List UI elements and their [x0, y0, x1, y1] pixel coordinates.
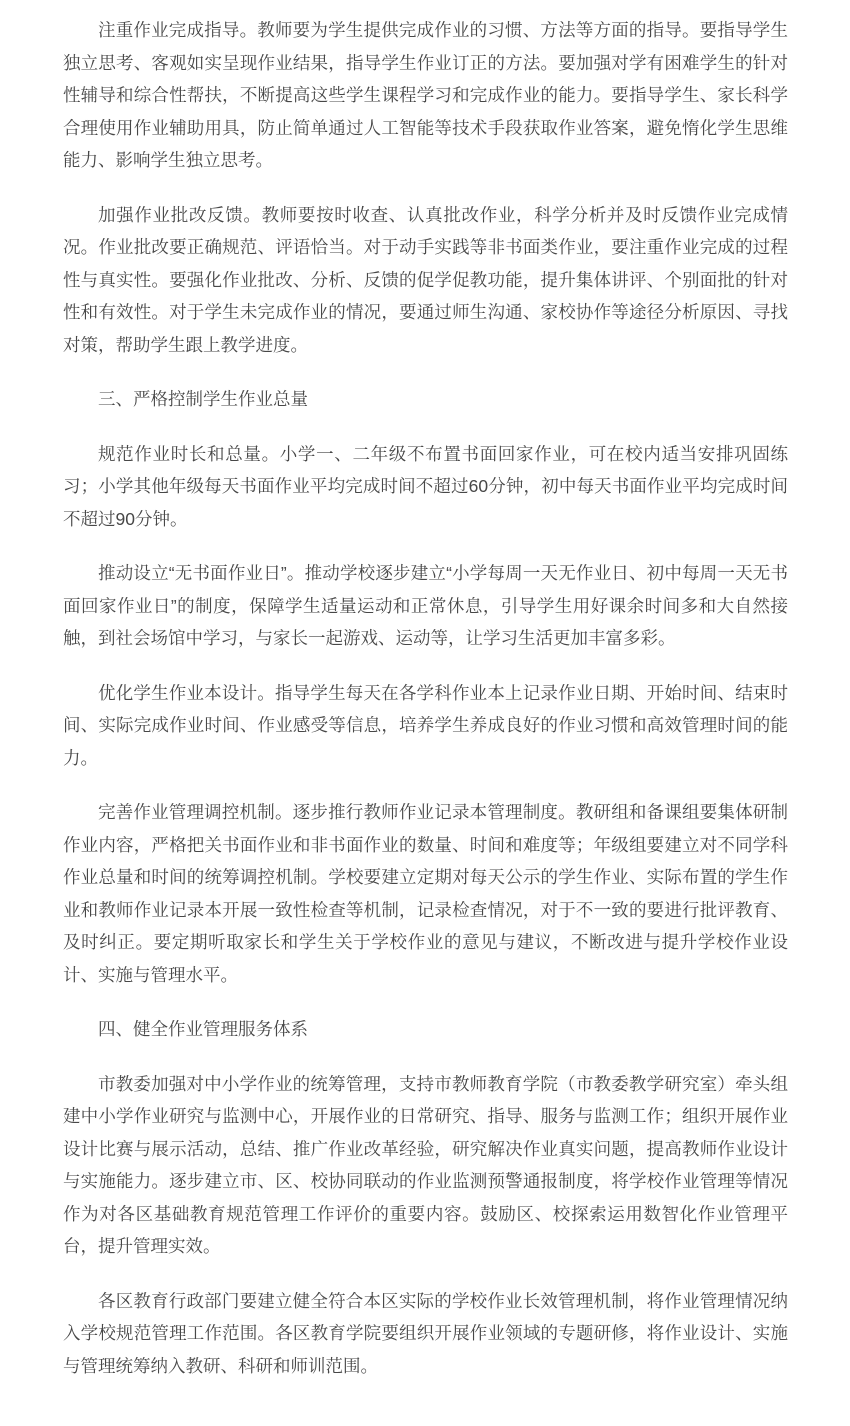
paragraph-homework-correction-feedback: 加强作业批改反馈。教师要按时收查、认真批改作业，科学分析并及时反馈作业完成情况。…: [63, 199, 788, 362]
paragraph-homework-regulation-mechanism: 完善作业管理调控机制。逐步推行教师作业记录本管理制度。教研组和备课组要集体研制作…: [63, 796, 788, 991]
paragraph-municipal-coordination: 市教委加强对中小学作业的统筹管理，支持市教师教育学院（市教委教学研究室）牵头组建…: [63, 1068, 788, 1263]
section-heading-3-control-total-homework: 三、严格控制学生作业总量: [63, 383, 788, 416]
paragraph-no-written-homework-day: 推动设立“无书面作业日”。推动学校逐步建立“小学每周一天无作业日、初中每周一天无…: [63, 557, 788, 655]
paragraph-homework-duration-limits: 规范作业时长和总量。小学一、二年级不布置书面回家作业，可在校内适当安排巩固练习；…: [63, 438, 788, 536]
paragraph-homework-completion-guidance: 注重作业完成指导。教师要为学生提供完成作业的习惯、方法等方面的指导。要指导学生独…: [63, 14, 788, 177]
section-heading-4-service-system: 四、健全作业管理服务体系: [63, 1013, 788, 1046]
paragraph-district-administration: 各区教育行政部门要建立健全符合本区实际的学校作业长效管理机制，将作业管理情况纳入…: [63, 1285, 788, 1383]
paragraph-homework-notebook-design: 优化学生作业本设计。指导学生每天在各学科作业本上记录作业日期、开始时间、结束时间…: [63, 677, 788, 775]
document-page: 注重作业完成指导。教师要为学生提供完成作业的习惯、方法等方面的指导。要指导学生独…: [0, 0, 850, 1426]
